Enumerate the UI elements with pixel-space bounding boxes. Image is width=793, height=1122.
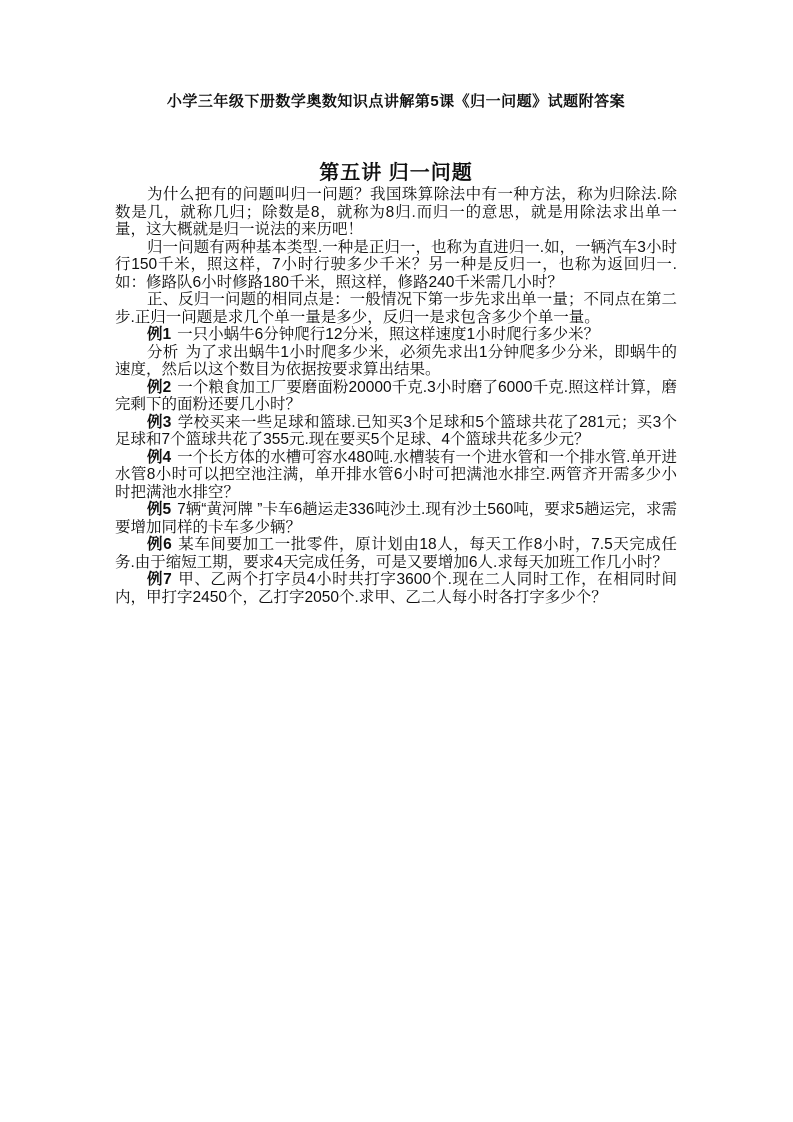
example-6: 例6某车间要加工一批零件，原计划由18人，每天工作8小时，7.5天完成任务.由于… — [115, 536, 677, 571]
analysis-paragraph: 分析为了求出蜗牛1小时爬多少米，必须先求出1分钟爬多少分米，即蜗牛的速度，然后以… — [115, 344, 677, 379]
example-7-text: 甲、乙两个打字员4小时共打字3600个.现在二人同时工作，在相同时间内，甲打字2… — [115, 571, 677, 606]
example-4-label: 例4 — [147, 449, 171, 466]
example-6-label: 例6 — [147, 536, 172, 553]
document-page: 小学三年级下册数学奥数知识点讲解第5课《归一问题》试题附答案 第五讲 归一问题 … — [0, 0, 793, 1122]
example-4: 例4一个长方体的水槽可容水480吨.水槽装有一个进水管和一个排水管.单开进水管8… — [115, 449, 677, 502]
example-1: 例1一只小蜗牛6分钟爬行12分米，照这样速度1小时爬行多少米？ — [115, 326, 677, 344]
intro-paragraph-2: 归一问题有两种基本类型.一种是正归一，也称为直进归一.如，一辆汽车3小时行150… — [115, 239, 677, 292]
intro-paragraph-1: 为什么把有的问题叫归一问题？我国珠算除法中有一种方法，称为归除法.除数是几，就称… — [115, 186, 677, 239]
example-3-text: 学校买来一些足球和篮球.已知买3个足球和5个篮球共花了281元；买3个足球和7个… — [115, 414, 677, 449]
document-title: 小学三年级下册数学奥数知识点讲解第5课《归一问题》试题附答案 — [115, 92, 677, 112]
example-5: 例57辆“黄河牌 ”卡车6趟运走336吨沙土.现有沙土560吨，要求5趟运完，求… — [115, 501, 677, 536]
example-7-label: 例7 — [147, 571, 172, 588]
example-3-label: 例3 — [147, 414, 171, 431]
example-1-text: 一只小蜗牛6分钟爬行12分米，照这样速度1小时爬行多少米？ — [177, 326, 599, 343]
example-5-text: 7辆“黄河牌 ”卡车6趟运走336吨沙土.现有沙土560吨，要求5趟运完，求需要… — [115, 501, 677, 536]
example-5-label: 例5 — [147, 501, 171, 518]
example-2: 例2一个粮食加工厂要磨面粉20000千克.3小时磨了6000千克.照这样计算，磨… — [115, 379, 677, 414]
example-2-text: 一个粮食加工厂要磨面粉20000千克.3小时磨了6000千克.照这样计算，磨完剩… — [115, 379, 677, 414]
intro-paragraph-3: 正、反归一问题的相同点是：一般情况下第一步先求出单一量；不同点在第二步.正归一问… — [115, 291, 677, 326]
example-1-label: 例1 — [147, 326, 171, 343]
example-3: 例3学校买来一些足球和篮球.已知买3个足球和5个篮球共花了281元；买3个足球和… — [115, 414, 677, 449]
example-4-text: 一个长方体的水槽可容水480吨.水槽装有一个进水管和一个排水管.单开进水管8小时… — [115, 449, 677, 501]
analysis-text: 为了求出蜗牛1小时爬多少米，必须先求出1分钟爬多少分米，即蜗牛的速度，然后以这个… — [115, 344, 677, 379]
example-6-text: 某车间要加工一批零件，原计划由18人，每天工作8小时，7.5天完成任务.由于缩短… — [115, 536, 677, 571]
example-7: 例7甲、乙两个打字员4小时共打字3600个.现在二人同时工作，在相同时间内，甲打… — [115, 571, 677, 606]
analysis-label: 分析 — [147, 344, 179, 361]
example-2-label: 例2 — [147, 379, 171, 396]
section-heading: 第五讲 归一问题 — [115, 160, 677, 186]
